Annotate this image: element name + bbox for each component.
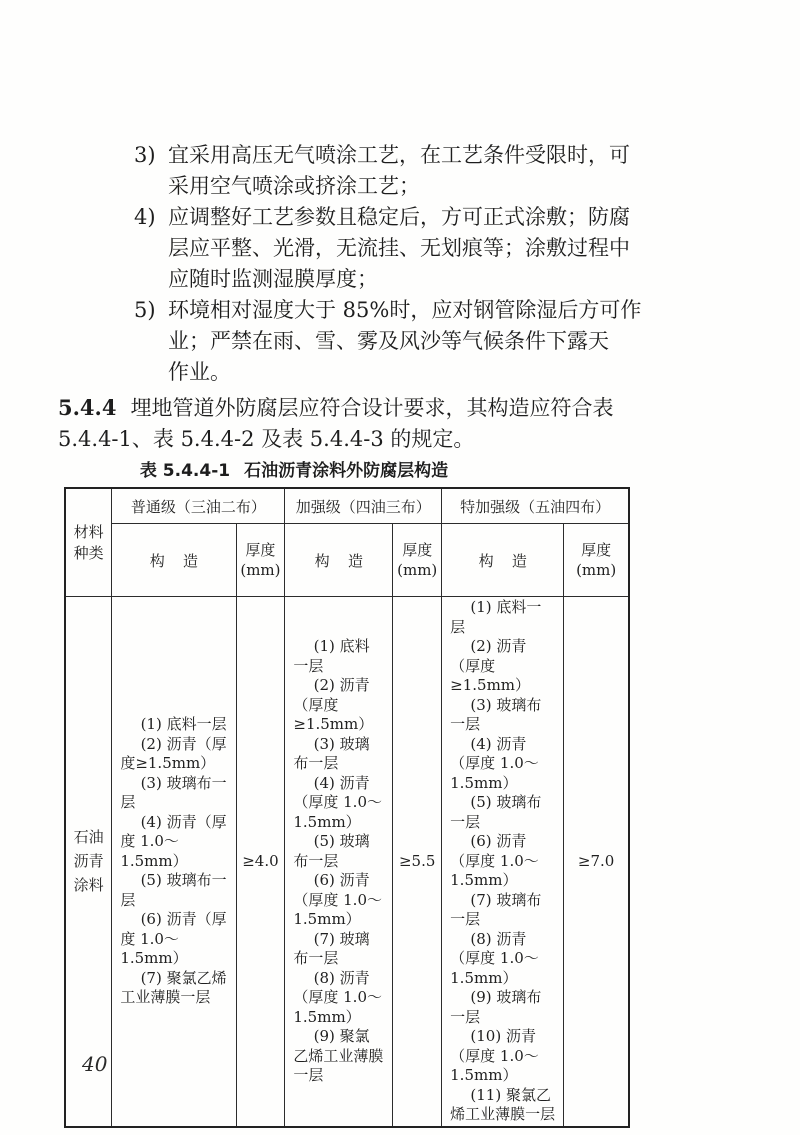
layer-item: (7) 玻璃布一层 xyxy=(293,930,384,969)
layer-item: (6) 沥青（厚度 1.0～1.5mm） xyxy=(120,910,227,969)
layer-item: (6) 沥青（厚度 1.0～1.5mm） xyxy=(293,871,384,930)
layer-item: (2) 沥青（厚度≥1.5mm） xyxy=(120,735,227,774)
layer-item: (1) 底料一层 xyxy=(120,715,227,735)
header-structure: 构 造 xyxy=(442,524,564,597)
layer-item: (2) 沥青（厚度≥1.5mm） xyxy=(293,676,384,735)
table-caption-title: 石油沥青涂料外防腐层构造 xyxy=(244,461,448,481)
list-item-text: 环境相对湿度大于 85%时，应对钢管除湿后方可作 业；严禁在雨、雪、雾及风沙等气… xyxy=(168,298,641,384)
coating-structure-table: 材料 种类 普通级（三油二布） 加强级（四油三布） 特加强级（五油四布） 构 造… xyxy=(64,487,630,1128)
list-item-marker: 5) xyxy=(134,295,156,326)
layer-item: (6) 沥青（厚度 1.0～1.5mm） xyxy=(450,832,555,891)
list-item-text: 应调整好工艺参数且稳定后，方可正式涂敷；防腐 层应平整、光滑，无流挂、无划痕等；… xyxy=(168,205,630,291)
clause-number: 5.4.4 xyxy=(58,395,116,420)
cell-structure-normal: (1) 底料一层(2) 沥青（厚度≥1.5mm）(3) 玻璃布一层(4) 沥青（… xyxy=(112,597,236,1127)
clause-5-4-4: 5.4.4埋地管道外防腐层应符合设计要求，其构造应符合表 5.4.4-1、表 5… xyxy=(58,392,694,455)
list-item-5: 5) 环境相对湿度大于 85%时，应对钢管除湿后方可作 业；严禁在雨、雪、雾及风… xyxy=(58,295,694,388)
header-thickness: 厚度 (mm) xyxy=(564,524,629,597)
layer-item: (7) 玻璃布一层 xyxy=(450,891,555,930)
header-thickness: 厚度 (mm) xyxy=(393,524,442,597)
header-thickness: 厚度 (mm) xyxy=(236,524,285,597)
layer-list: (1) 底料一层(2) 沥青（厚度≥1.5mm）(3) 玻璃布一层(4) 沥青（… xyxy=(444,598,561,1125)
layer-item: (11) 聚氯乙烯工业薄膜一层 xyxy=(450,1086,555,1125)
layer-item: (8) 沥青（厚度 1.0～1.5mm） xyxy=(293,969,384,1028)
layer-list: (1) 底料一层(2) 沥青（厚度≥1.5mm）(3) 玻璃布一层(4) 沥青（… xyxy=(287,637,390,1086)
list-item-4: 4) 应调整好工艺参数且稳定后，方可正式涂敷；防腐 层应平整、光滑，无流挂、无划… xyxy=(58,202,694,295)
layer-item: (3) 玻璃布一层 xyxy=(293,735,384,774)
layer-item: (4) 沥青（厚度 1.0～1.5mm） xyxy=(120,813,227,872)
layer-item: (5) 玻璃布一层 xyxy=(120,871,227,910)
table-caption-label: 表 5.4.4-1 xyxy=(140,461,230,481)
list-item-3: 3) 宜采用高压无气喷涂工艺，在工艺条件受限时，可 采用空气喷涂或挤涂工艺； xyxy=(58,140,694,202)
layer-item: (5) 玻璃布一层 xyxy=(450,793,555,832)
list-item-marker: 4) xyxy=(134,202,156,233)
table-caption: 表 5.4.4-1石油沥青涂料外防腐层构造 xyxy=(64,456,524,481)
layer-item: (7) 聚氯乙烯工业薄膜一层 xyxy=(120,969,227,1008)
layer-item: (1) 底料一层 xyxy=(293,637,384,676)
cell-material-name: 石油 沥青 涂料 xyxy=(65,597,112,1127)
header-structure: 构 造 xyxy=(285,524,393,597)
cell-structure-reinforced: (1) 底料一层(2) 沥青（厚度≥1.5mm）(3) 玻璃布一层(4) 沥青（… xyxy=(285,597,393,1127)
body-text-block: 3) 宜采用高压无气喷涂工艺，在工艺条件受限时，可 采用空气喷涂或挤涂工艺； 4… xyxy=(58,140,694,455)
layer-item: (3) 玻璃布一层 xyxy=(450,696,555,735)
page-number: 40 xyxy=(82,1052,107,1076)
cell-structure-extra-reinforced: (1) 底料一层(2) 沥青（厚度≥1.5mm）(3) 玻璃布一层(4) 沥青（… xyxy=(442,597,564,1127)
layer-item: (9) 聚氯乙烯工业薄膜一层 xyxy=(293,1027,384,1086)
clause-text: 埋地管道外防腐层应符合设计要求，其构造应符合表 5.4.4-1、表 5.4.4-… xyxy=(58,396,613,451)
cell-thickness-extra-reinforced: ≥7.0 xyxy=(564,597,629,1127)
layer-list: (1) 底料一层(2) 沥青（厚度≥1.5mm）(3) 玻璃布一层(4) 沥青（… xyxy=(114,715,233,1008)
layer-item: (9) 玻璃布一层 xyxy=(450,988,555,1027)
header-grade-normal: 普通级（三油二布） xyxy=(112,488,285,524)
list-item-marker: 3) xyxy=(134,140,156,171)
layer-item: (1) 底料一层 xyxy=(450,598,555,637)
header-grade-reinforced: 加强级（四油三布） xyxy=(285,488,442,524)
table-header-row-sub: 构 造 厚度 (mm) 构 造 厚度 (mm) 构 造 厚度 (mm) xyxy=(65,524,629,597)
layer-item: (5) 玻璃布一层 xyxy=(293,832,384,871)
header-structure: 构 造 xyxy=(112,524,236,597)
cell-thickness-normal: ≥4.0 xyxy=(236,597,285,1127)
header-grade-extra-reinforced: 特加强级（五油四布） xyxy=(442,488,629,524)
list-item-text: 宜采用高压无气喷涂工艺，在工艺条件受限时，可 采用空气喷涂或挤涂工艺； xyxy=(168,143,630,198)
layer-item: (2) 沥青（厚度≥1.5mm） xyxy=(450,637,555,696)
document-page: 3) 宜采用高压无气喷涂工艺，在工艺条件受限时，可 采用空气喷涂或挤涂工艺； 4… xyxy=(0,0,800,1135)
table-header-row-grades: 材料 种类 普通级（三油二布） 加强级（四油三布） 特加强级（五油四布） xyxy=(65,488,629,524)
layer-item: (4) 沥青（厚度 1.0～1.5mm） xyxy=(293,774,384,833)
cell-thickness-reinforced: ≥5.5 xyxy=(393,597,442,1127)
header-material-type: 材料 种类 xyxy=(65,488,112,597)
table-body-row: 石油 沥青 涂料 (1) 底料一层(2) 沥青（厚度≥1.5mm）(3) 玻璃布… xyxy=(65,597,629,1127)
layer-item: (4) 沥青（厚度 1.0～1.5mm） xyxy=(450,735,555,794)
layer-item: (3) 玻璃布一层 xyxy=(120,774,227,813)
layer-item: (8) 沥青（厚度 1.0～1.5mm） xyxy=(450,930,555,989)
layer-item: (10) 沥青（厚度 1.0～1.5mm） xyxy=(450,1027,555,1086)
